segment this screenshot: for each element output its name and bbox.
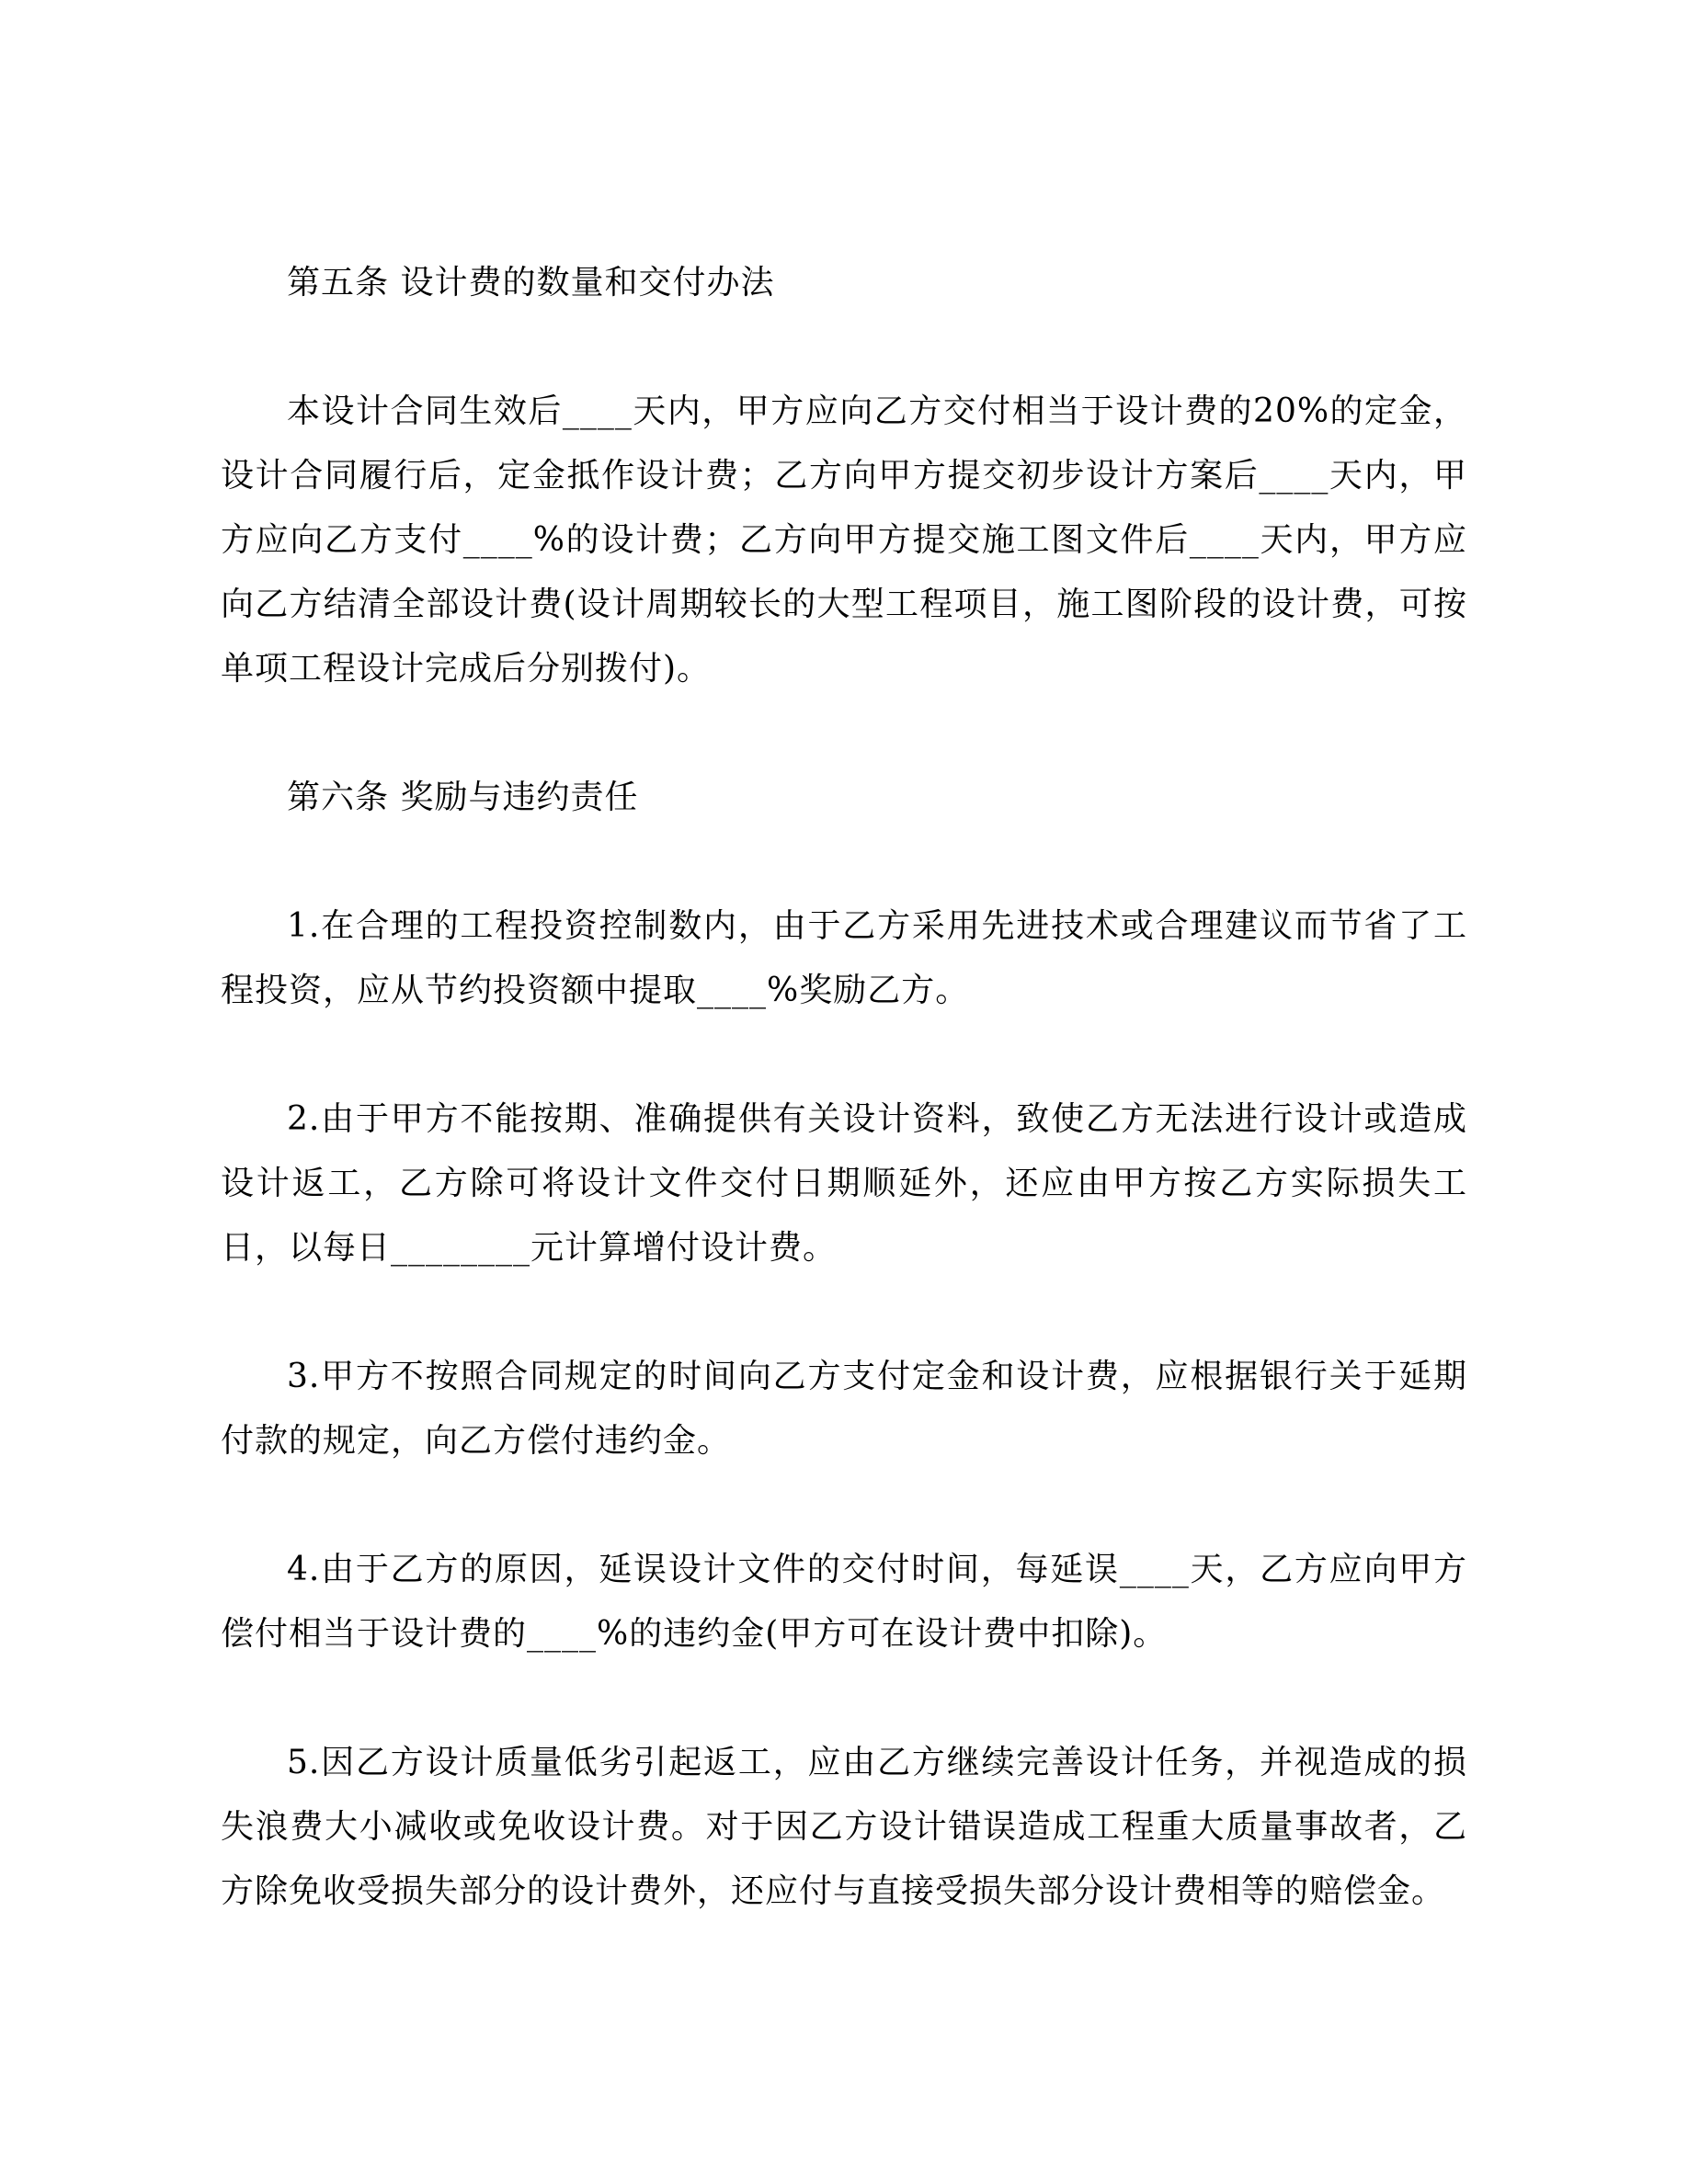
article-6-item-5: 5.因乙方设计质量低劣引起返工，应由乙方继续完善设计任务，并视造成的损失浪费大小… (221, 1731, 1467, 1924)
article-6-item-3: 3.甲方不按照合同规定的时间向乙方支付定金和设计费，应根据银行关于延期付款的规定… (221, 1345, 1467, 1473)
article-5-paragraph-payment-terms: 本设计合同生效后____天内，甲方应向乙方交付相当于设计费的20%的定金，设计合… (221, 380, 1467, 701)
article-5-heading: 第五条 设计费的数量和交付办法 (221, 251, 1467, 315)
document-page: 第五条 设计费的数量和交付办法 本设计合同生效后____天内，甲方应向乙方交付相… (0, 0, 1688, 2184)
article-6-item-2: 2.由于甲方不能按期、准确提供有关设计资料，致使乙方无法进行设计或造成设计返工，… (221, 1087, 1467, 1280)
article-6-item-4: 4.由于乙方的原因，延误设计文件的交付时间，每延误____天，乙方应向甲方偿付相… (221, 1538, 1467, 1666)
article-6-heading: 第六条 奖励与违约责任 (221, 766, 1467, 830)
article-6-item-1: 1.在合理的工程投资控制数内，由于乙方采用先进技术或合理建议而节省了工程投资，应… (221, 894, 1467, 1023)
